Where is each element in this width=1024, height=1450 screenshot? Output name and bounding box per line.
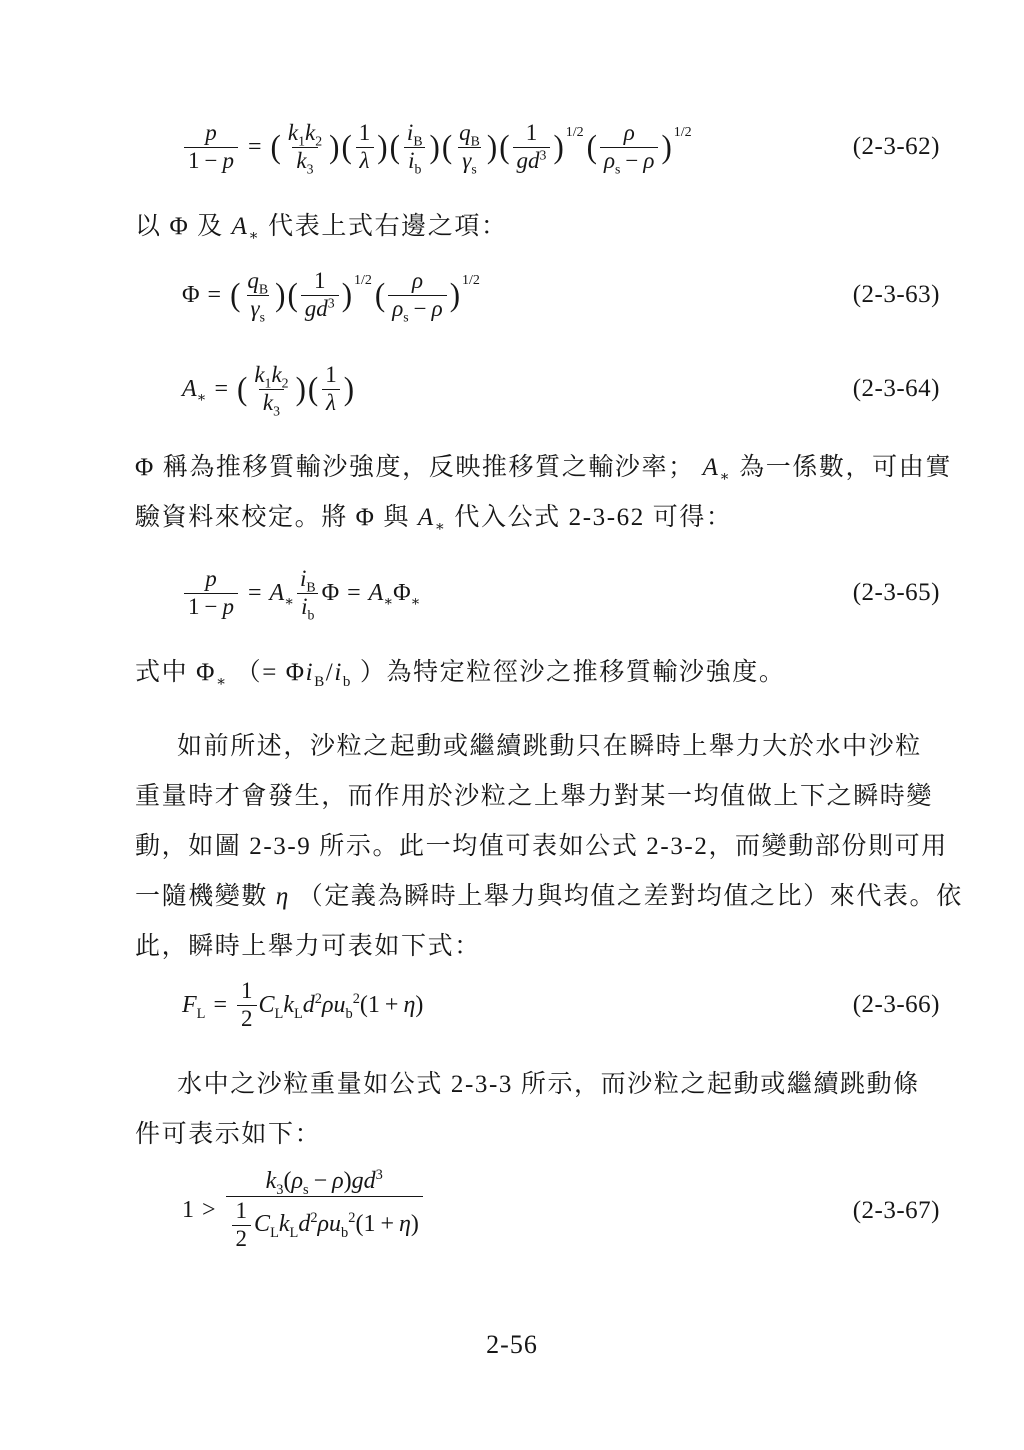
numerator: 1 bbox=[232, 1198, 252, 1225]
math-group: CLkLd2ρub2(1+η) bbox=[259, 992, 424, 1019]
fraction: 1 gd3 bbox=[301, 268, 339, 323]
denominator: ρs−ρ bbox=[600, 147, 658, 175]
open-paren: ( bbox=[341, 128, 351, 166]
math-symbol: 1 bbox=[188, 595, 200, 620]
math-group: k1k2 bbox=[288, 121, 322, 146]
math-symbol: 2 bbox=[241, 1007, 253, 1032]
open-paren: ( bbox=[237, 370, 247, 408]
text-run: 重量時才會發生，而作用於沙粒之上舉力對某一均值做上下之瞬時變 bbox=[135, 783, 933, 810]
open-paren: ( bbox=[587, 128, 597, 166]
a-star-symbol: A∗ bbox=[182, 376, 206, 403]
math-symbol: 1 bbox=[526, 121, 538, 146]
math-group: gd3 bbox=[517, 149, 547, 174]
text-run: 以 Φ 及 bbox=[135, 213, 224, 240]
math-group: iB bbox=[407, 121, 423, 146]
page-number: 2-56 bbox=[0, 1330, 1024, 1360]
fraction: 1 2 bbox=[237, 978, 257, 1033]
text-line: 水中之沙粒重量如公式 2-3-3 所示，而沙粒之起動或繼續跳動條 bbox=[135, 1060, 940, 1110]
denominator: 2 bbox=[232, 1225, 252, 1253]
equation-2-3-65: p 1−p = A∗ iB ib Φ = A∗Φ∗ (2-3-65) bbox=[0, 566, 1024, 621]
close-paren: ) bbox=[661, 128, 671, 166]
denominator: ρs−ρ bbox=[388, 295, 446, 323]
denominator: 1 2 CLkLd2ρub2(1+η) bbox=[226, 1196, 423, 1254]
text-line: 如前所述，沙粒之起動或繼續跳動只在瞬時上舉力大於水中沙粒 bbox=[135, 722, 940, 772]
exponent-one-half: 1/2 bbox=[566, 125, 584, 141]
equation-2-3-62: p 1−p = ( k1k2 k3 ) ( 1 λ ) ( iB ib ) ( … bbox=[0, 120, 1024, 175]
denominator: γs bbox=[247, 295, 269, 323]
text-line: 一隨機變數 η （定義為瞬時上舉力與均值之差對均值之比）來代表。依 bbox=[135, 872, 940, 922]
math-group: qB bbox=[247, 269, 268, 294]
math-symbol: 1 bbox=[236, 1199, 248, 1224]
math-symbol: λ bbox=[326, 391, 336, 416]
open-paren: ( bbox=[499, 128, 509, 166]
close-paren: ) bbox=[450, 276, 460, 314]
close-paren: ) bbox=[487, 128, 497, 166]
denominator: ib bbox=[404, 147, 425, 175]
denominator: gd3 bbox=[301, 295, 339, 323]
exponent-one-half: 1/2 bbox=[462, 273, 480, 289]
paragraph-intro: 以 Φ 及 A∗ 代表上式右邊之項： bbox=[0, 202, 1024, 252]
text-line: 重量時才會發生，而作用於沙粒之上舉力對某一均值做上下之瞬時變 bbox=[135, 772, 940, 822]
denominator: 1−p bbox=[184, 593, 238, 621]
denominator: k3 bbox=[292, 147, 317, 175]
equals-sign: = bbox=[248, 134, 262, 161]
close-paren: ) bbox=[430, 128, 440, 166]
math-symbol: 1 bbox=[314, 269, 326, 294]
phi-ib-over-ib: ΦiB/ib bbox=[286, 648, 352, 698]
text-run: 此，瞬時上舉力可表如下式： bbox=[135, 933, 481, 960]
math-group: k3 bbox=[263, 391, 280, 416]
close-paren: ) bbox=[296, 370, 306, 408]
fraction: p 1−p bbox=[184, 120, 238, 175]
math-symbol: 1 bbox=[359, 121, 371, 146]
equation-body: p 1−p = A∗ iB ib Φ = A∗Φ∗ bbox=[182, 566, 420, 621]
math-group: gd3 bbox=[305, 297, 335, 322]
paragraph-incipient-motion: 水中之沙粒重量如公式 2-3-3 所示，而沙粒之起動或繼續跳動條 件可表示如下： bbox=[0, 1060, 1024, 1160]
exponent-one-half: 1/2 bbox=[354, 273, 372, 289]
close-paren: ) bbox=[329, 128, 339, 166]
paragraph-phi-description: Φ 稱為推移質輸沙強度，反映推移質之輸沙率； A∗ 為一係數，可由實 驗資料來校… bbox=[0, 443, 1024, 543]
math-symbol: 1 bbox=[325, 363, 337, 388]
denominator: 1−p bbox=[184, 147, 238, 175]
text-run: 動，如圖 2-3-9 所示。此一均值可表如公式 2-3-2，而變動部份則可用 bbox=[135, 833, 948, 860]
eta-symbol: η bbox=[276, 883, 290, 910]
equation-label: (2-3-65) bbox=[853, 579, 940, 607]
math-symbol: p bbox=[222, 595, 234, 620]
paragraph-lift-force: 如前所述，沙粒之起動或繼續跳動只在瞬時上舉力大於水中沙粒 重量時才會發生，而作用… bbox=[0, 722, 1024, 972]
close-paren: ) bbox=[342, 276, 352, 314]
scanned-document-page: { "document": { "footer_page_number": "2… bbox=[0, 0, 1024, 1450]
numerator: p bbox=[201, 566, 221, 593]
text-run: Φ 稱為推移質輸沙強度，反映推移質之輸沙率； bbox=[135, 454, 695, 481]
text-run: 驗資料來校定。將 Φ 與 bbox=[135, 504, 410, 531]
plus-sign: + bbox=[385, 992, 399, 1018]
equals-sign: = bbox=[213, 992, 227, 1019]
equation-body: A∗ = ( k1k2 k3 ) ( 1 λ ) bbox=[182, 362, 355, 417]
open-paren: ( bbox=[271, 128, 281, 166]
minus-sign: − bbox=[414, 297, 427, 322]
math-group: ib bbox=[408, 149, 421, 174]
math-symbol: p bbox=[205, 567, 217, 592]
close-paren: ) bbox=[275, 276, 285, 314]
open-paren: ( bbox=[442, 128, 452, 166]
denominator: λ bbox=[356, 147, 374, 175]
math-group: γs bbox=[251, 297, 265, 322]
minus-sign: − bbox=[625, 149, 638, 174]
text-run: 一隨機變數 bbox=[135, 883, 276, 910]
equation-body: 1 > k3(ρs−ρ)gd3 1 2 CLkLd2ρub2(1+η) bbox=[182, 1168, 425, 1254]
text-line: Φ 稱為推移質輸沙強度，反映推移質之輸沙率； A∗ 為一係數，可由實 bbox=[135, 443, 940, 493]
numerator: ρ bbox=[620, 120, 639, 147]
text-run: ）為特定粒徑沙之推移質輸沙強度。 bbox=[360, 659, 786, 686]
fraction: 1 λ bbox=[321, 362, 341, 417]
text-line: 驗資料來校定。將 Φ 與 A∗ 代入公式 2-3-62 可得： bbox=[135, 493, 940, 543]
equation-label: (2-3-64) bbox=[853, 375, 940, 403]
text-line: 件可表示如下： bbox=[135, 1110, 940, 1160]
math-group: iB bbox=[300, 567, 316, 592]
a-star-phi-star: A∗Φ∗ bbox=[369, 580, 421, 607]
equation-label: (2-3-66) bbox=[853, 991, 940, 1019]
fraction: k1k2 k3 bbox=[250, 362, 292, 417]
open-paren: ( bbox=[308, 370, 318, 408]
denominator: γs bbox=[458, 147, 480, 175]
math-group: qB bbox=[459, 121, 480, 146]
phi-symbol: Φ bbox=[322, 580, 340, 607]
denominator: gd3 bbox=[513, 147, 551, 175]
phi-star-symbol: Φ∗ bbox=[196, 648, 228, 698]
exponent-one-half: 1/2 bbox=[674, 125, 692, 141]
text-line: 動，如圖 2-3-9 所示。此一均值可表如公式 2-3-2，而變動部份則可用 bbox=[135, 822, 940, 872]
text-line: 此，瞬時上舉力可表如下式： bbox=[135, 922, 940, 972]
equation-label: (2-3-67) bbox=[853, 1197, 940, 1225]
minus-sign: − bbox=[205, 149, 218, 174]
math-symbol: 1 bbox=[188, 149, 200, 174]
numerator: 1 bbox=[522, 120, 542, 147]
numerator: qB bbox=[455, 120, 484, 147]
math-group: k3 bbox=[296, 149, 313, 174]
open-paren: ( bbox=[287, 276, 297, 314]
denominator: λ bbox=[322, 389, 340, 417]
plus-sign: + bbox=[380, 1211, 394, 1237]
fraction: k1k2 k3 bbox=[284, 120, 326, 175]
text-run: 代表上式右邊之項： bbox=[268, 213, 507, 240]
close-paren: ) bbox=[553, 128, 563, 166]
text-run: （定義為瞬時上舉力與均值之差對均值之比）來代表。依 bbox=[298, 883, 963, 910]
denominator: 2 bbox=[237, 1005, 257, 1033]
equals-sign: = bbox=[208, 282, 222, 309]
equation-label: (2-3-63) bbox=[853, 281, 940, 309]
equation-body: FL = 1 2 CLkLd2ρub2(1+η) bbox=[182, 978, 423, 1033]
page-number-text: 2-56 bbox=[486, 1330, 538, 1359]
math-group: ib bbox=[301, 595, 314, 620]
fraction: qB γs bbox=[243, 268, 272, 323]
math-symbol: 1 bbox=[241, 979, 253, 1004]
text-run: 如前所述，沙粒之起動或繼續跳動只在瞬時上舉力大於水中沙粒 bbox=[177, 733, 922, 760]
open-paren: ( bbox=[375, 276, 385, 314]
fraction: 1 gd3 bbox=[513, 120, 551, 175]
text-run: 為一係數，可由實 bbox=[739, 454, 952, 481]
math-group: CLkLd2ρub2(1+η) bbox=[254, 1212, 419, 1238]
fraction: ρ ρs−ρ bbox=[600, 120, 658, 175]
equation-label: (2-3-62) bbox=[853, 133, 940, 161]
a-star-symbol: A∗ bbox=[418, 493, 447, 543]
fraction: 1 λ bbox=[355, 120, 375, 175]
numerator: 1 bbox=[355, 120, 375, 147]
open-paren: ( bbox=[230, 276, 240, 314]
numerator: iB bbox=[296, 566, 320, 593]
a-star-symbol: A∗ bbox=[232, 202, 261, 252]
text-run: 代入公式 2-3-62 可得： bbox=[454, 504, 732, 531]
text-run: 件可表示如下： bbox=[135, 1121, 321, 1148]
denominator: k3 bbox=[259, 389, 284, 417]
math-symbol: ρ bbox=[432, 297, 443, 322]
equals-sign: = bbox=[214, 376, 228, 403]
equation-2-3-63: Φ = ( qB γs ) ( 1 gd3 ) 1/2 ( ρ ρs−ρ ) 1… bbox=[0, 268, 1024, 323]
minus-sign: − bbox=[314, 1168, 328, 1194]
numerator: 1 bbox=[310, 268, 330, 295]
equation-2-3-67: 1 > k3(ρs−ρ)gd3 1 2 CLkLd2ρub2(1+η) (2-3… bbox=[0, 1168, 1024, 1254]
close-paren: ) bbox=[377, 128, 387, 166]
numerator: iB bbox=[403, 120, 427, 147]
math-symbol: p bbox=[205, 121, 217, 146]
numerator: ρ bbox=[408, 268, 427, 295]
math-symbol: 2 bbox=[236, 1227, 248, 1252]
fraction: 1 2 bbox=[232, 1198, 252, 1253]
equation-body: p 1−p = ( k1k2 k3 ) ( 1 λ ) ( iB ib ) ( … bbox=[182, 120, 694, 175]
fraction: ρ ρs−ρ bbox=[388, 268, 446, 323]
minus-sign: − bbox=[205, 595, 218, 620]
greater-than-sign: > bbox=[202, 1197, 216, 1224]
text-run: 水中之沙粒重量如公式 2-3-3 所示，而沙粒之起動或繼續跳動條 bbox=[177, 1071, 920, 1098]
open-paren: ( bbox=[390, 128, 400, 166]
math-group: ρs bbox=[604, 149, 620, 174]
a-star-symbol: A∗ bbox=[270, 580, 294, 607]
math-symbol: ρ bbox=[643, 149, 654, 174]
close-paren: ) bbox=[344, 370, 354, 408]
equals-sign: = bbox=[248, 580, 262, 607]
text-run: （= bbox=[236, 659, 278, 686]
a-star-symbol: A∗ bbox=[703, 443, 732, 493]
equation-body: Φ = ( qB γs ) ( 1 gd3 ) 1/2 ( ρ ρs−ρ ) 1… bbox=[182, 268, 482, 323]
equals-sign: = bbox=[347, 580, 361, 607]
text-run: 式中 bbox=[135, 659, 196, 686]
numerator: 1 bbox=[237, 978, 257, 1005]
paragraph-phi-star-note: 式中 Φ∗ （= ΦiB/ib ）為特定粒徑沙之推移質輸沙強度。 bbox=[0, 648, 1024, 698]
equation-2-3-64: A∗ = ( k1k2 k3 ) ( 1 λ ) (2-3-64) bbox=[0, 362, 1024, 417]
math-symbol: ρ bbox=[412, 269, 423, 294]
numerator: qB bbox=[243, 268, 272, 295]
numerator: k3(ρs−ρ)gd3 bbox=[262, 1168, 387, 1196]
fraction: iB ib bbox=[403, 120, 427, 175]
math-symbol: λ bbox=[360, 149, 370, 174]
phi-symbol: Φ bbox=[182, 282, 200, 309]
math-group: k3(ρs−ρ)gd3 bbox=[266, 1169, 383, 1195]
fraction: k3(ρs−ρ)gd3 1 2 CLkLd2ρub2(1+η) bbox=[226, 1168, 423, 1254]
fraction: p 1−p bbox=[184, 566, 238, 621]
fraction: qB γs bbox=[455, 120, 484, 175]
math-group: ρs bbox=[392, 297, 408, 322]
equation-2-3-66: FL = 1 2 CLkLd2ρub2(1+η) (2-3-66) bbox=[0, 978, 1024, 1033]
fraction: iB ib bbox=[296, 566, 320, 621]
math-group: γs bbox=[462, 149, 476, 174]
math-group: k1k2 bbox=[254, 363, 288, 388]
math-symbol: p bbox=[222, 149, 234, 174]
denominator: ib bbox=[297, 593, 318, 621]
numerator: 1 bbox=[321, 362, 341, 389]
numerator: k1k2 bbox=[284, 120, 326, 147]
numerator: p bbox=[201, 120, 221, 147]
math-symbol: ρ bbox=[624, 121, 635, 146]
math-symbol: 1 bbox=[182, 1197, 194, 1224]
numerator: k1k2 bbox=[250, 362, 292, 389]
lift-force-symbol: FL bbox=[182, 992, 205, 1019]
